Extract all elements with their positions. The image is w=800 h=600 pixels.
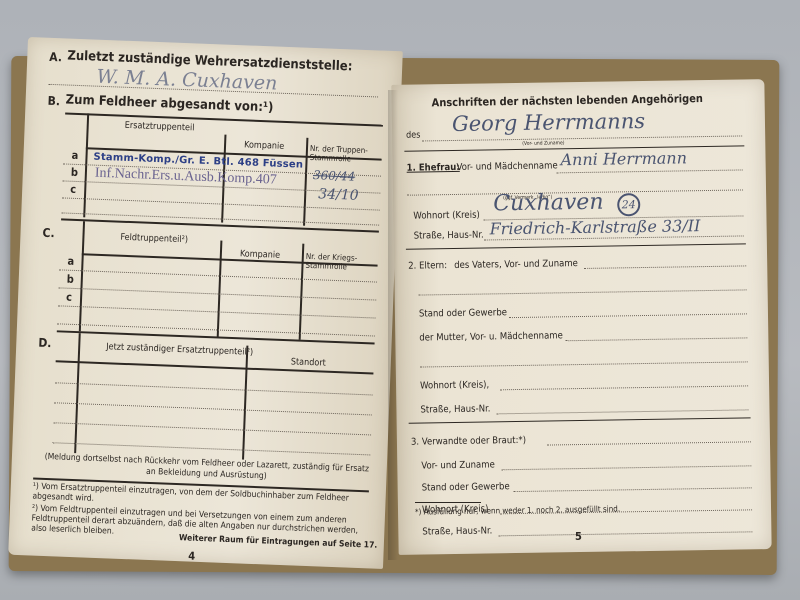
section-2-stand-label: Stand oder Gewerbe <box>419 307 507 319</box>
section-d-col-standort: Standort <box>291 357 326 368</box>
section-d-note: (Meldung dortselbst nach Rückkehr vom Fe… <box>41 452 372 487</box>
section-a-label: A. <box>49 50 62 64</box>
page-number-left: 4 <box>188 550 195 563</box>
section-b-row-a: a <box>71 149 78 162</box>
section-3-stand-label: Stand oder Gewerbe <box>422 481 510 493</box>
page-number-right: 5 <box>575 530 582 543</box>
section-2-label: 2. Eltern: <box>408 260 447 272</box>
section-d-row-line <box>53 422 371 435</box>
section-1-name-value: Anni Herrmann <box>560 148 687 169</box>
des-label: des <box>406 131 420 141</box>
section-b-bottom-rule <box>61 218 379 232</box>
section-c-row-b: b <box>67 273 75 286</box>
section-c-row-c: c <box>66 291 72 304</box>
section-1-strasse-value: Friedrich-Karlstraße 33/II <box>489 216 700 238</box>
section-2-mother-line <box>565 337 747 341</box>
section-d-col-divider-2 <box>242 346 248 460</box>
section-c-col-divider-1 <box>79 221 85 331</box>
section-2-strasse-label: Straße, Haus-Nr. <box>420 403 490 415</box>
section-b-row-b: b <box>71 166 79 179</box>
holder-name-line <box>422 135 742 141</box>
section-2-mother-label: der Mutter, Vor- u. Mädchenname <box>419 330 563 343</box>
section-b-row-c: c <box>70 183 76 196</box>
section-1-name-label: Vor- und Mädchenname <box>457 160 558 173</box>
section-2-father-line <box>584 265 746 269</box>
section-3-line <box>547 441 751 445</box>
section-2-mother-line-2 <box>420 361 748 367</box>
left-page: A. Zuletzt zuständige Wehrersatzdienstst… <box>8 37 403 569</box>
section-b-col-ersatztruppenteil: Ersatztruppenteil <box>125 121 195 134</box>
section-2-father-line-2 <box>419 289 747 295</box>
section-2-father-label: des Vaters, Vor- und Zuname <box>454 258 578 271</box>
kreis-number-circle: 24 <box>617 193 640 216</box>
section-d-col-ersatztruppenteil: Jetzt zuständiger Ersatztruppenteil²) <box>106 342 253 358</box>
stammrolle-value-1: 360/44 <box>313 168 356 184</box>
holder-name-handwritten: Georg Herrmanns <box>452 109 645 136</box>
section-b-label: B. <box>47 94 60 108</box>
section-b-col-stammrolle: Nr. der Truppen-Stammrolle <box>309 144 378 165</box>
holder-name-caption: (Vor- und Zuname) <box>522 140 564 147</box>
section-2-wohnort-line <box>500 385 748 390</box>
stammrolle-value-2: 34/10 <box>318 186 359 204</box>
section-3-name-line <box>501 465 751 470</box>
book-gutter-shadow <box>388 90 398 560</box>
section-1-strasse-label: Straße, Haus-Nr. <box>414 230 484 242</box>
section-c-col-feldtruppenteil: Feldtruppenteil²) <box>120 233 188 246</box>
section-b-col-kompanie: Kompanie <box>244 140 285 152</box>
section-d-col-divider-1 <box>74 333 80 453</box>
section-c-col-divider-3 <box>299 244 304 340</box>
section-2-wohnort-label: Wohnort (Kreis), <box>420 379 489 391</box>
right-page-title: Anschriften der nächsten lebenden Angehö… <box>432 92 703 109</box>
section-d-row-line <box>55 382 373 395</box>
stamp-inf-nachr: Inf.Nachr.Ers.u.Ausb.Komp.407 <box>95 166 277 189</box>
section-b-col-divider-3 <box>303 138 308 226</box>
section-1-label: 1. Ehefrau: <box>407 162 460 174</box>
section-1-name-line <box>557 169 743 173</box>
section-d-label: D. <box>38 336 52 350</box>
section-2-strasse-line <box>497 409 749 414</box>
section-2-stand-line <box>509 313 747 318</box>
section-3-name-label: Vor- und Zuname <box>421 459 495 471</box>
section-c-bottom-rule <box>57 330 375 344</box>
section-3-stand-line <box>514 487 752 492</box>
section-1-wohnort-label: Wohnort (Kreis) <box>413 210 480 222</box>
section-b-top-rule <box>65 112 383 126</box>
right-page: Anschriften der nächsten lebenden Angehö… <box>391 79 771 555</box>
section-b-title: Zum Feldheer abgesandt von:¹) <box>65 92 273 115</box>
section-c-col-divider-2 <box>217 241 222 337</box>
section-3-strasse-line <box>498 531 752 536</box>
section-2-rule <box>409 417 751 423</box>
section-3-label: 3. Verwandte oder Braut:*) <box>411 435 526 448</box>
right-footnote-rule <box>415 502 481 503</box>
section-c-label: C. <box>42 226 55 240</box>
section-1-rule <box>406 243 746 249</box>
section-c-row-a: a <box>67 255 74 268</box>
section-d-row-line <box>54 402 372 415</box>
section-1-wohnort-value: Cuxhaven <box>493 190 604 217</box>
section-3-strasse-label: Straße, Haus-Nr. <box>422 525 492 537</box>
